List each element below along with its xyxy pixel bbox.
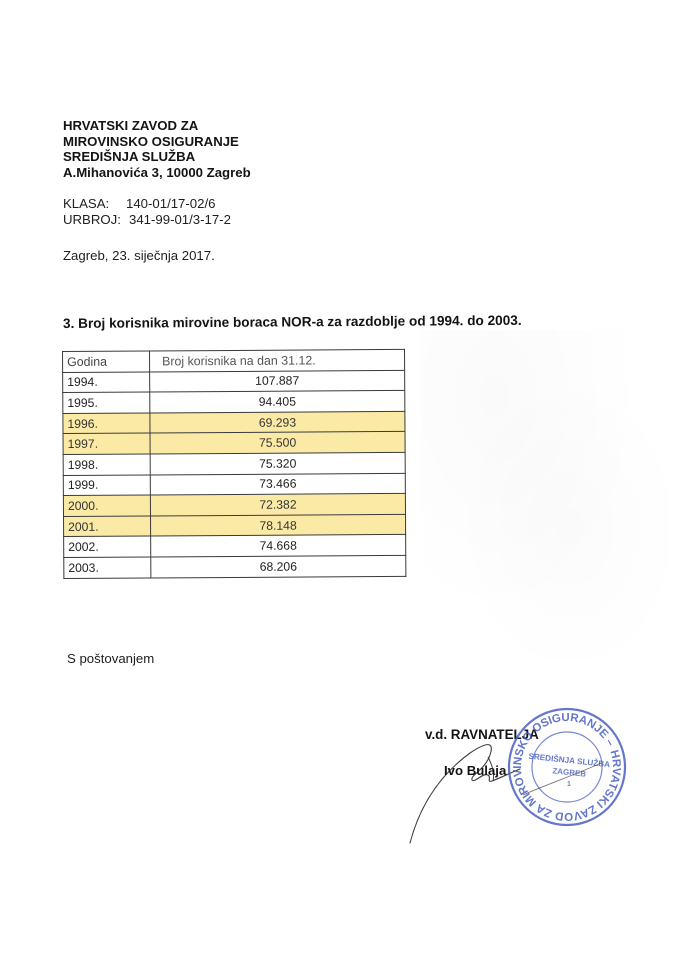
institution-header: HRVATSKI ZAVOD ZA MIROVINSKO OSIGURANJE … bbox=[63, 118, 251, 180]
table-row: 2001.78.148 bbox=[64, 514, 406, 537]
org-name-line-3: SREDIŠNJA SLUŽBA bbox=[63, 149, 251, 165]
cell-count: 94.405 bbox=[150, 391, 405, 413]
paper-bleed-through bbox=[420, 330, 670, 660]
stamp-inner-line-2: ZAGREB bbox=[552, 766, 587, 779]
table-body: 1994.107.8871995.94.4051996.69.2931997.7… bbox=[63, 370, 406, 578]
cell-year: 2000. bbox=[63, 495, 150, 516]
table-row: 1995.94.405 bbox=[63, 391, 405, 414]
cell-year: 2002. bbox=[64, 536, 151, 557]
stamp-inner-line-3: 1 bbox=[567, 781, 571, 788]
table-header-row: Godina Broj korisnika na dan 31.12. bbox=[63, 349, 405, 372]
table-row: 1994.107.887 bbox=[63, 370, 405, 393]
cell-count: 75.320 bbox=[150, 452, 405, 474]
org-name-line-2: MIROVINSKO OSIGURANJE bbox=[63, 134, 251, 150]
urbroj-value: 341-99-01/3-17-2 bbox=[129, 212, 231, 228]
official-stamp: HRVATSKI ZAVOD ZA MIROVINSKO OSIGURANJE … bbox=[505, 705, 629, 829]
cell-count: 107.887 bbox=[150, 370, 405, 392]
cell-year: 2003. bbox=[64, 557, 151, 578]
urbroj-label: URBROJ: bbox=[63, 212, 129, 228]
cell-year: 1997. bbox=[63, 433, 150, 454]
cell-count: 68.206 bbox=[151, 555, 406, 577]
table-row: 1996.69.293 bbox=[63, 411, 405, 434]
klasa-value: 140-01/17-02/6 bbox=[126, 196, 215, 212]
urbroj-row: URBROJ: 341-99-01/3-17-2 bbox=[63, 212, 231, 228]
table-row: 1999.73.466 bbox=[63, 473, 405, 496]
klasa-row: KLASA: 140-01/17-02/6 bbox=[63, 196, 231, 212]
column-header-year: Godina bbox=[63, 351, 150, 372]
cell-count: 75.500 bbox=[150, 432, 405, 454]
beneficiaries-table: Godina Broj korisnika na dan 31.12. 1994… bbox=[62, 349, 406, 579]
org-name-line-1: HRVATSKI ZAVOD ZA bbox=[63, 118, 251, 134]
table-row: 2000.72.382 bbox=[63, 494, 405, 517]
cell-count: 78.148 bbox=[151, 514, 406, 536]
cell-year: 1996. bbox=[63, 413, 150, 434]
document-date: Zagreb, 23. siječnja 2017. bbox=[63, 248, 215, 263]
cell-count: 73.466 bbox=[150, 473, 405, 495]
org-address: A.Mihanovića 3, 10000 Zagreb bbox=[63, 165, 251, 181]
cell-count: 69.293 bbox=[150, 411, 405, 433]
cell-year: 1994. bbox=[63, 372, 150, 393]
signatory-name: Ivo Bulaja bbox=[444, 763, 506, 778]
cell-year: 1998. bbox=[63, 454, 150, 475]
closing-salutation: S poštovanjem bbox=[67, 651, 154, 666]
table-row: 1998.75.320 bbox=[63, 452, 405, 475]
cell-count: 72.382 bbox=[150, 494, 405, 516]
column-header-count: Broj korisnika na dan 31.12. bbox=[150, 349, 405, 371]
document-page: HRVATSKI ZAVOD ZA MIROVINSKO OSIGURANJE … bbox=[0, 0, 678, 960]
section-title: 3. Broj korisnika mirovine boraca NOR-a … bbox=[63, 313, 522, 331]
table-row: 2002.74.668 bbox=[64, 535, 406, 558]
cell-count: 74.668 bbox=[151, 535, 406, 557]
reference-block: KLASA: 140-01/17-02/6 URBROJ: 341-99-01/… bbox=[63, 196, 231, 227]
table-row: 2003.68.206 bbox=[64, 555, 406, 578]
cell-year: 1995. bbox=[63, 392, 150, 413]
cell-year: 1999. bbox=[63, 475, 150, 496]
cell-year: 2001. bbox=[64, 516, 151, 537]
table-row: 1997.75.500 bbox=[63, 432, 405, 455]
klasa-label: KLASA: bbox=[63, 196, 126, 212]
